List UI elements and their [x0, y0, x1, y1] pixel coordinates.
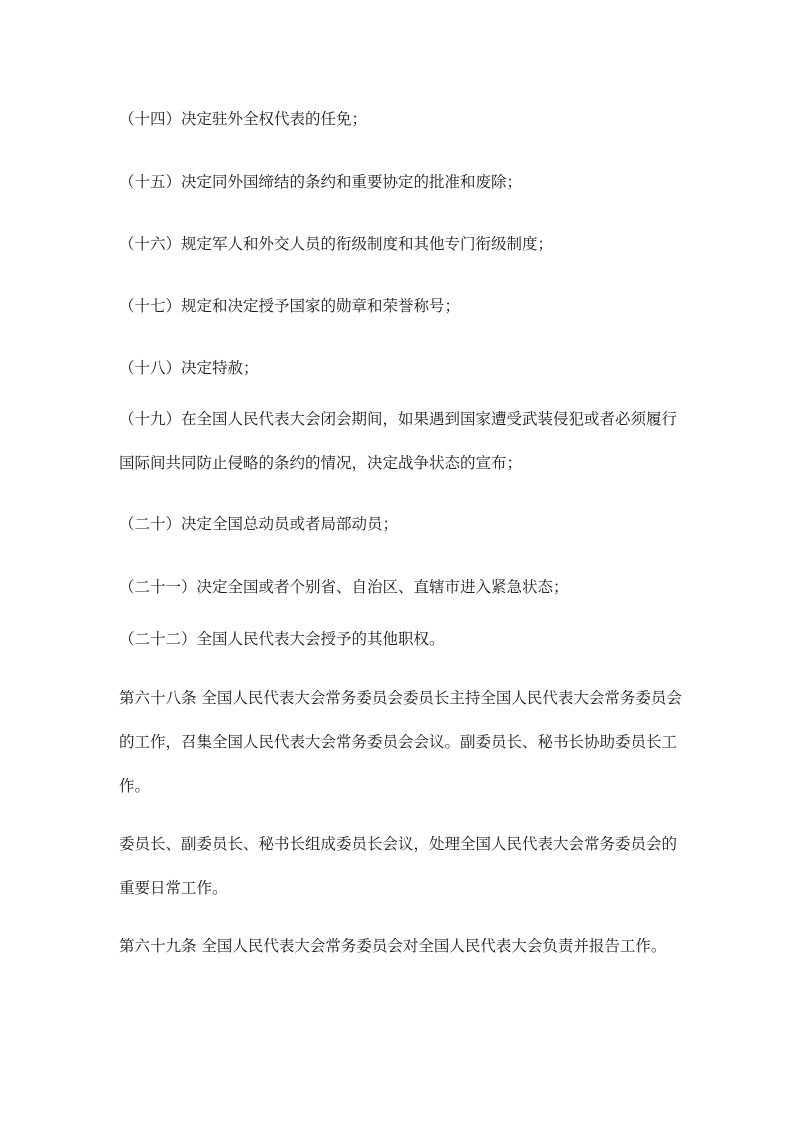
article-68: 第六十八条 全国人民代表大会常务委员会委员长主持全国人民代表大会常务委员会的工作… — [119, 676, 684, 808]
article-68-paragraph-2: 委员长、副委员长、秘书长组成委员长会议，处理全国人民代表大会常务委员会的重要日常… — [119, 822, 684, 910]
list-item-22: （二十二）全国人民代表大会授予的其他职权。 — [119, 617, 684, 661]
list-item-15: （十五）决定同外国缔结的条约和重要协定的批准和废除； — [119, 160, 684, 204]
list-item-16: （十六）规定军人和外交人员的衔级制度和其他专门衔级制度； — [119, 222, 684, 266]
list-item-19: （十九）在全国人民代表大会闭会期间，如果遇到国家遭受武装侵犯或者必须履行国际间共… — [119, 397, 684, 485]
list-item-20: （二十）决定全国总动员或者局部动员； — [119, 502, 684, 546]
list-item-17: （十七）规定和决定授予国家的勋章和荣誉称号； — [119, 284, 684, 328]
list-item-14: （十四）决定驻外全权代表的任免； — [119, 97, 684, 141]
list-item-18: （十八）决定特赦； — [119, 346, 684, 390]
list-item-21: （二十一）决定全国或者个别省、自治区、直辖市进入紧急状态； — [119, 565, 684, 609]
article-69: 第六十九条 全国人民代表大会常务委员会对全国人民代表大会负责并报告工作。 — [119, 924, 684, 968]
